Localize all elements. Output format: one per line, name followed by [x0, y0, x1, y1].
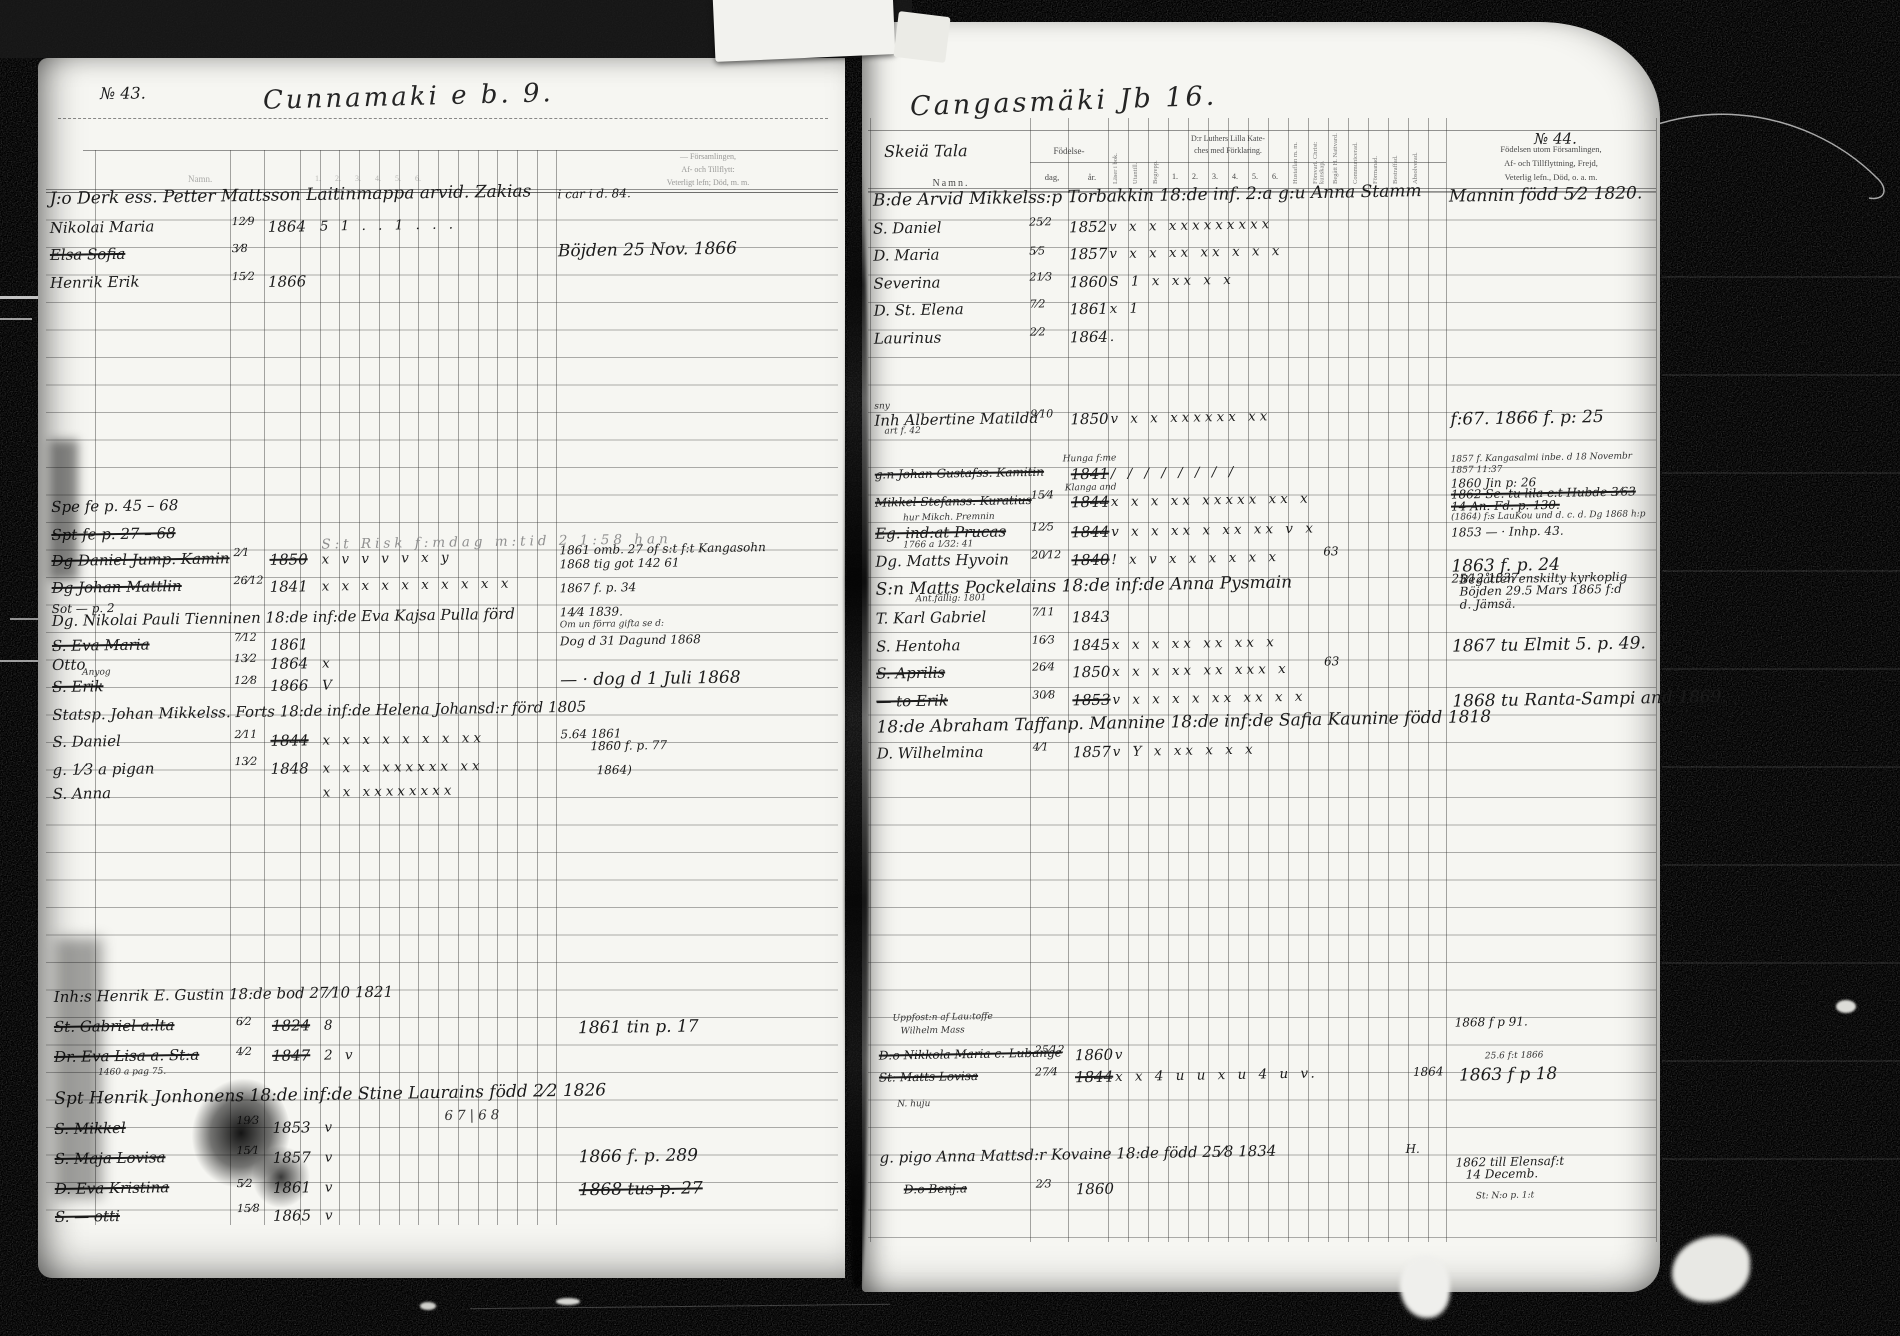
handwritten-entry: — · dog d 1 Juli 1868 — [560, 669, 741, 690]
handwritten-entry: 63 — [1324, 655, 1339, 668]
handwritten-entry: 2 v — [324, 1048, 357, 1063]
handwritten-entry: 1861 omb. 27 of s:t f:t Kangasohn — [559, 541, 766, 557]
handwritten-entry: 13⁄2 — [234, 756, 257, 768]
handwritten-entry: 25⁄2 — [1029, 216, 1052, 228]
handwritten-entry: Ant.fällig: 1801 — [916, 594, 987, 605]
handwritten-entry: 1844 — [1071, 495, 1109, 511]
handwritten-entry: 1864 — [268, 219, 306, 235]
handwritten-entry: 5⁄5 — [1029, 245, 1045, 257]
handwritten-entry: 1864) — [597, 763, 632, 776]
handwritten-entry: T. Karl Gabriel — [876, 610, 987, 628]
handwritten-entry: 1863 f p 18 — [1459, 1066, 1558, 1086]
handwritten-entry: 25.6 f:t 1866 — [1485, 1051, 1544, 1061]
handwritten-entry: 1866 — [270, 678, 308, 694]
handwritten-entry: 12⁄8 — [234, 675, 257, 687]
handwritten-entry: v x x xxxxxxxxx — [1109, 217, 1273, 234]
handwritten-entry: S. Aprilis — [876, 666, 945, 683]
scratch-mark — [10, 618, 38, 620]
handwritten-entry: 16⁄3 — [1032, 634, 1055, 646]
handwritten-entry: Hunga f:me — [1063, 454, 1117, 464]
handwritten-entry: 63 — [1323, 545, 1338, 558]
handwritten-entry: v — [324, 1120, 336, 1134]
handwritten-entry: 1766 a 1⁄32: 41 — [903, 541, 973, 552]
handwritten-entry: — to Erik — [876, 693, 948, 710]
handwritten-entry: i car i d. 84. — [557, 187, 630, 201]
handwritten-entry: S 1 x xx x x — [1109, 273, 1235, 289]
handwritten-entry: 15⁄2 — [232, 270, 255, 282]
handwritten-entry: v — [325, 1208, 337, 1222]
handwritten-entry: 1864 — [1413, 1066, 1444, 1079]
handwritten-entry: 2⁄11 — [234, 728, 257, 740]
handwritten-entry: Uppfost:n af Lau:toffe — [892, 1013, 992, 1024]
handwritten-entry: J:o Derk ess. Petter Mattsson Laitinmapp… — [49, 183, 531, 208]
handwritten-entry: Dog d 31 Dagund 1868 — [560, 633, 701, 648]
left-page: № 43. Cunnamaki e b. 9. Namn. — Församli… — [38, 58, 845, 1278]
handwritten-entry: 1848 — [270, 761, 308, 777]
handwritten-entry: H. — [1405, 1143, 1419, 1156]
handwritten-entry: 1845 — [1072, 638, 1110, 654]
handwritten-entry: D. St. Elena — [874, 302, 964, 319]
handwritten-entry: 8 — [324, 1018, 337, 1032]
handwritten-entry: x v v v v x y — [321, 550, 452, 566]
handwritten-entry: v — [325, 1180, 337, 1194]
book-gutter-shadow — [845, 148, 869, 1288]
handwritten-entry: 1861 tin p. 17 — [578, 1018, 699, 1038]
handwritten-entry: B:de Arvid Mikkelss:p Torbakkin 18:de in… — [873, 183, 1422, 210]
white-smudge — [1836, 1000, 1856, 1013]
left-page-entries: J:o Derk ess. Petter Mattsson Laitinmapp… — [35, 56, 848, 1280]
handwritten-entry: x x x xxxxxx xx — [322, 759, 483, 776]
handwritten-entry: 1864 — [270, 656, 308, 672]
scanned-register-spread: № 43. Cunnamaki e b. 9. Namn. — Församli… — [0, 0, 1900, 1336]
handwritten-entry: S. Daniel — [52, 734, 121, 751]
handwritten-entry: 9⁄10 — [1030, 408, 1053, 420]
handwritten-entry: 25⁄12 — [1035, 1044, 1065, 1056]
handwritten-entry: Dg. Nikolai Pauli Tienninen 18:de inf:de… — [52, 607, 515, 630]
handwritten-entry: Statsp. Johan Mikkelss. Forts 18:de inf:… — [52, 699, 586, 723]
handwritten-entry: x — [322, 657, 334, 671]
scan-streaks — [1662, 180, 1900, 1190]
handwritten-entry: 1850 — [269, 552, 307, 568]
handwritten-entry: 1860 — [1076, 1182, 1114, 1198]
handwritten-entry: 1860 — [1075, 1047, 1113, 1063]
handwritten-entry: 1857 — [1069, 247, 1107, 263]
handwritten-entry: 2⁄3 — [1036, 1179, 1052, 1191]
handwritten-entry: v — [1115, 1047, 1127, 1061]
handwritten-entry: 12⁄5 — [1031, 521, 1054, 533]
handwritten-entry: g. pigo Anna Mattsd:r Kovaine 18:de född… — [879, 1144, 1276, 1167]
handwritten-entry: Dg Daniel Jump. Kamin — [51, 551, 229, 570]
handwritten-entry: 1844 — [1075, 1069, 1113, 1085]
handwritten-entry: S. Daniel — [873, 220, 942, 237]
handwritten-entry: 5 1 . . 1 . . . — [320, 217, 457, 233]
handwritten-entry: Inh:s Henrik E. Gustin 18:de bod 27⁄10 1… — [54, 984, 394, 1005]
handwritten-entry: 15⁄8 — [237, 1203, 260, 1215]
handwritten-entry: 20⁄12 — [1031, 549, 1061, 561]
handwritten-entry: x x x xx xxxxx xx x — [1111, 491, 1312, 509]
scratch-mark — [0, 318, 32, 320]
right-page-entries: B:de Arvid Mikkelss:p Torbakkin 18:de in… — [858, 19, 1665, 1295]
handwritten-entry: 1841 — [1071, 467, 1109, 483]
handwritten-entry: S. — otti — [55, 1209, 120, 1226]
handwritten-entry: x x x x x x x xx — [322, 731, 485, 748]
handwritten-entry: Spe fe p. 45 – 68 — [51, 496, 331, 516]
handwritten-entry: 1841 — [270, 579, 308, 595]
handwritten-entry: V — [322, 679, 336, 693]
handwritten-entry: v x x xx x xx xx v x — [1111, 522, 1317, 540]
handwritten-entry: 26⁄12 — [234, 574, 264, 586]
handwritten-entry: 1868 tig got 142 61 — [559, 556, 679, 570]
handwritten-entry: 15⁄4 — [1031, 490, 1054, 502]
handwritten-entry: S. Eva Maria — [52, 637, 150, 654]
handwritten-entry: 1866 — [268, 274, 306, 290]
handwritten-entry: Dg. Matts Hyvoin — [875, 552, 1009, 570]
handwritten-entry: 1864 — [1070, 330, 1108, 346]
handwritten-entry: v — [325, 1150, 337, 1164]
handwritten-entry: Dg Johan Mattlin — [52, 579, 182, 597]
handwritten-entry: 1868 tus p. 27 — [579, 1180, 703, 1200]
handwritten-entry: 1860 — [1069, 275, 1107, 291]
handwritten-entry: Henrik Erik — [50, 275, 140, 292]
handwritten-entry: 1853 — [1072, 693, 1110, 709]
handwritten-entry: 1857 11:37 — [1451, 466, 1503, 476]
handwritten-entry: 1868 f p 91. — [1455, 1015, 1528, 1029]
handwritten-entry: 1857 f. Kangasalmi inbe. d 18 Novembr — [1451, 452, 1633, 465]
handwritten-entry: 1850 — [1072, 665, 1110, 681]
scratch-mark — [0, 660, 40, 662]
handwritten-entry: N. huju — [897, 1099, 930, 1109]
handwritten-entry: 1847 — [272, 1048, 310, 1064]
handwritten-entry: 2⁄2 — [1030, 326, 1046, 338]
handwritten-entry: S. Hentoha — [876, 638, 961, 655]
white-smudge — [1400, 1256, 1450, 1318]
handwritten-entry: 12⁄9 — [232, 215, 255, 227]
handwritten-entry: 14⁄4 1839. — [560, 605, 623, 619]
handwritten-entry: D. Wilhelmina — [877, 745, 984, 763]
handwritten-entry: art f. 42 — [884, 427, 921, 437]
handwritten-entry: (1864) f:s LauKou und d. c. d. Dg 1868 h… — [1451, 510, 1646, 523]
handwritten-entry: D:o Benj:a — [904, 1183, 967, 1197]
handwritten-entry: 1867 tu Elmit 5. p. 49. — [1452, 635, 1646, 656]
handwritten-entry: v x x x x xx xx x x — [1112, 690, 1306, 708]
handwritten-entry: 1857 — [1073, 745, 1111, 761]
handwritten-entry: 1844 — [270, 733, 308, 749]
ink-blot — [252, 1146, 310, 1208]
handwritten-entry: 4⁄1 — [1033, 741, 1049, 753]
handwritten-entry: 1843 — [1072, 610, 1110, 626]
paper-tab-fold — [893, 11, 950, 63]
handwritten-entry: x x x x x x x x x x — [322, 577, 513, 594]
handwritten-entry: 7⁄12 — [234, 632, 257, 644]
handwritten-entry: 1860 f. p. 77 — [590, 739, 667, 753]
handwritten-entry: 27⁄4 — [1035, 1066, 1058, 1078]
handwritten-entry: 2⁄1 — [233, 547, 249, 559]
handwritten-entry: v x x xxxxxx xx — [1110, 410, 1271, 427]
white-smudge — [420, 1302, 436, 1310]
handwritten-entry: 67|68 — [444, 1108, 503, 1123]
handwritten-entry: 1850 — [1070, 412, 1108, 428]
handwritten-entry: Severina — [873, 275, 940, 292]
handwritten-entry: 1852 — [1069, 220, 1107, 236]
handwritten-entry: S. Erik — [52, 679, 104, 696]
handwritten-entry: Klanga and — [1065, 483, 1117, 493]
handwritten-entry: 1460 a pag 75. — [98, 1068, 166, 1079]
handwritten-entry: g. 1⁄3 a pigan — [52, 761, 154, 778]
handwritten-entry: 1853 — · Inhp. 43. — [1451, 525, 1564, 540]
handwritten-entry: 18:de Abraham Taffanp. Mannine 18:de inf… — [876, 709, 1491, 738]
handwritten-entry: Otto — [52, 658, 86, 674]
handwritten-entry: Spt fe p. 27 – 68 — [51, 523, 331, 543]
paper-tab — [713, 0, 896, 62]
handwritten-entry: Wilhelm Mass — [901, 1026, 965, 1037]
handwritten-entry: 1861 — [1070, 302, 1108, 318]
handwritten-entry: 1866 f. p. 289 — [579, 1147, 699, 1167]
handwritten-entry: x x 4 u u x u 4 u v. — [1115, 1066, 1319, 1084]
handwritten-entry: 14 Decemb. — [1466, 1168, 1539, 1182]
handwritten-entry: 7⁄2 — [1029, 299, 1045, 311]
handwritten-entry: 30⁄8 — [1032, 689, 1055, 701]
handwritten-entry: f:67. 1866 f. p: 25 — [1450, 409, 1604, 430]
handwritten-entry: v Y x xx x x x — [1113, 743, 1257, 760]
handwritten-entry: Laurinus — [874, 330, 942, 347]
handwritten-entry: d. Jämsä. — [1460, 597, 1516, 611]
handwritten-entry: v x x xx xx x x x — [1109, 244, 1283, 261]
handwritten-entry: 21⁄3 — [1029, 271, 1052, 283]
handwritten-entry: x 1 — [1110, 302, 1143, 317]
handwritten-entry: Spt Henrik Jonhonens 18:de inf:de Stine … — [54, 1083, 606, 1110]
handwritten-entry: 1861 — [270, 637, 308, 653]
handwritten-entry: St: Matts Lovisa — [879, 1070, 978, 1084]
handwritten-entry: 6⁄2 — [236, 1016, 252, 1028]
handwritten-entry: 1840 — [1071, 552, 1109, 568]
handwritten-entry: 1865 — [273, 1208, 311, 1224]
handwritten-entry: 13⁄2 — [234, 653, 257, 665]
handwritten-entry: 4⁄2 — [236, 1046, 252, 1058]
handwritten-entry: 7⁄11 — [1032, 606, 1055, 618]
handwritten-entry: 26⁄4 — [1032, 661, 1055, 673]
handwritten-entry: Om un förra gifta se d: — [560, 619, 664, 630]
handwritten-entry: 3⁄8 — [232, 243, 248, 255]
handwritten-entry: ! x v x x x x x x — [1111, 550, 1280, 567]
handwritten-entry: S. Anna — [53, 786, 112, 803]
handwritten-entry: 1867 f. p. 34 — [560, 581, 637, 595]
handwritten-entry: ∕ ∕ ∕ ∕ ∕ ∕ ∕ ∕ — [1111, 465, 1238, 481]
handwritten-entry: Mikkel Stefanss. Kuratius — [875, 494, 1032, 509]
handwritten-entry: Elsa Sofia — [50, 247, 126, 264]
white-smudge — [556, 1298, 580, 1305]
handwritten-entry: g:n Johan Gustafss. Kamitin — [875, 466, 1044, 482]
handwritten-entry: Mannin född 5⁄2 1820. — [1449, 185, 1643, 206]
handwritten-entry: . — [1110, 330, 1119, 344]
handwritten-entry: D. Maria — [873, 248, 940, 265]
edge-smudge — [50, 440, 78, 580]
handwritten-entry: Böjden 25 Nov. 1866 — [558, 240, 737, 261]
handwritten-entry: x x x xx xx xxx x — [1112, 662, 1290, 679]
handwritten-entry: x x x xx xx xx x — [1112, 635, 1278, 652]
handwritten-entry: x x xxxxxxxx — [323, 784, 456, 800]
handwritten-entry: St: N:o p. 1:t — [1476, 1191, 1535, 1201]
edge-smudge — [56, 938, 102, 1198]
handwritten-entry: 1844 — [1071, 525, 1109, 541]
handwritten-entry: Nikolai Maria — [50, 219, 155, 236]
handwritten-entry: 1824 — [272, 1018, 310, 1034]
right-page: Cangasmäki Jb 16. № 44. Skeiä Tala Namn.… — [862, 22, 1660, 1292]
